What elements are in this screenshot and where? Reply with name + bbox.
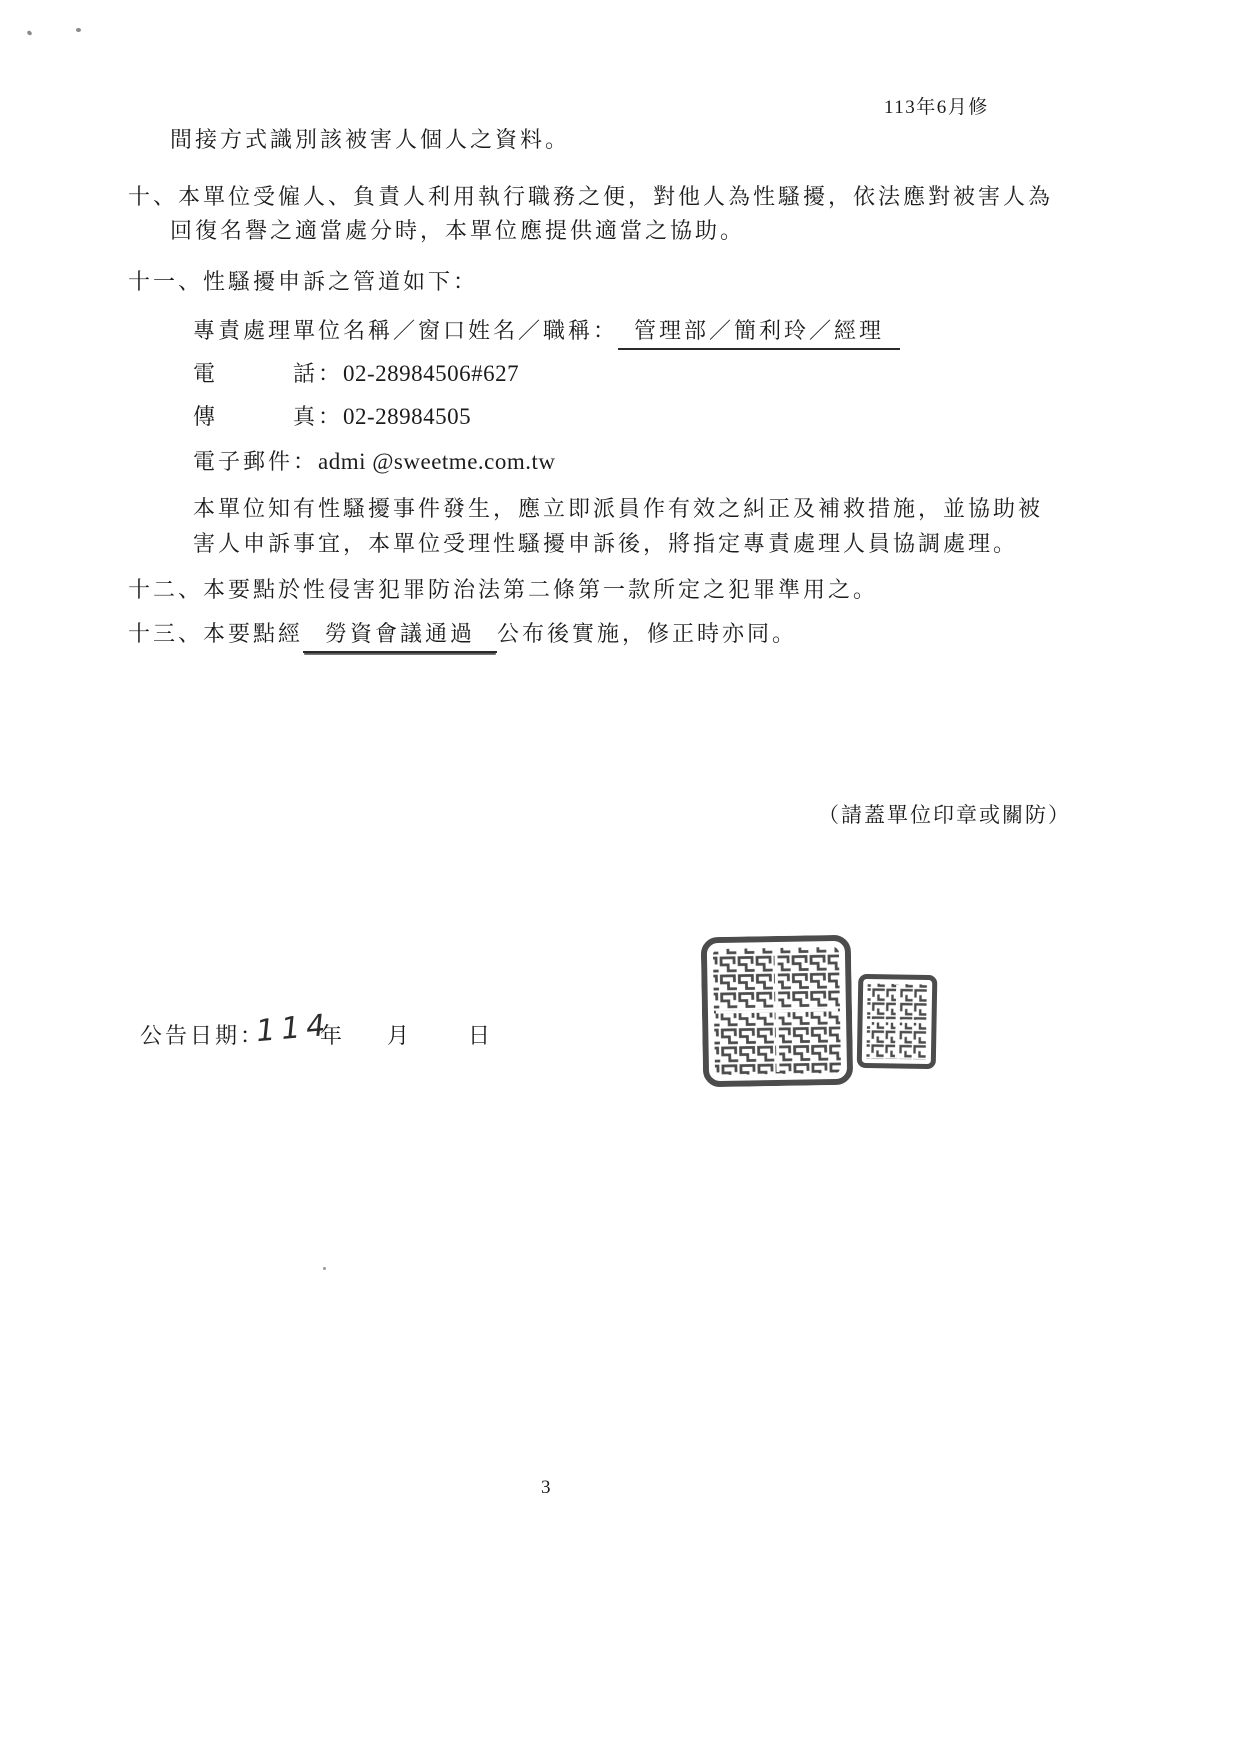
item-11-note-line-1: 本單位知有性騷擾事件發生，應立即派員作有效之糾正及補救措施，並協助被 xyxy=(193,492,1043,523)
phone-line: 電 話：02-28984506#627 xyxy=(193,357,519,388)
email-label: 電子郵件： xyxy=(193,449,318,474)
paragraph-continuation: 間接方式識別該被害人個人之資料。 xyxy=(170,123,570,154)
document-page: 113年6月修 間接方式識別該被害人個人之資料。 十、本單位受僱人、負責人利用執… xyxy=(0,0,1241,1755)
month-label: 月 xyxy=(387,1019,412,1050)
item-13-prefix: 十三、本要點經 xyxy=(128,621,303,646)
fax-line: 傳 真：02-28984505 xyxy=(193,400,471,431)
phone-label: 電 話： xyxy=(193,361,343,386)
email-value: admi @sweetme.com.tw xyxy=(318,449,555,474)
contact-line: 專責處理單位名稱／窗口姓名／職稱：管理部／簡利玲／經理 xyxy=(193,314,900,350)
fax-label: 傳 真： xyxy=(193,404,343,429)
seal-instruction: （請蓋單位印章或關防） xyxy=(818,799,1071,829)
scan-artifact xyxy=(26,30,32,36)
company-seal-stamp xyxy=(701,935,854,1093)
item-12: 十二、本要點於性侵害犯罪防治法第二條第一款所定之犯罪準用之。 xyxy=(128,573,878,604)
contact-value-underlined: 管理部／簡利玲／經理 xyxy=(618,314,900,350)
scan-artifact xyxy=(76,28,81,32)
scan-artifact xyxy=(323,1267,326,1270)
fax-value: 02-28984505 xyxy=(343,404,471,429)
contact-label: 專責處理單位名稱／窗口姓名／職稱： xyxy=(193,318,618,343)
day-label: 日 xyxy=(468,1019,493,1050)
item-13-underlined: 勞資會議通過 xyxy=(303,617,497,653)
item-13: 十三、本要點經勞資會議通過公布後實施，修正時亦同。 xyxy=(128,617,797,653)
personal-seal-stamp xyxy=(856,973,938,1074)
announce-date-line: 公告日期： 114 年 月 日 xyxy=(140,1015,560,1061)
item-11-heading: 十一、性騷擾申訴之管道如下： xyxy=(128,265,478,296)
item-10-line-2: 回復名譽之適當處分時，本單位應提供適當之協助。 xyxy=(170,214,745,245)
revision-note: 113年6月修 xyxy=(884,92,989,119)
year-label: 年 xyxy=(320,1019,345,1050)
personal-seal-icon xyxy=(856,973,938,1069)
email-line: 電子郵件：admi @sweetme.com.tw xyxy=(193,445,556,476)
company-seal-icon xyxy=(701,935,854,1088)
announce-date-label: 公告日期： xyxy=(140,1019,265,1050)
page-number: 3 xyxy=(541,1477,551,1499)
item-11-note-line-2: 害人申訴事宜，本單位受理性騷擾申訴後，將指定專責處理人員協調處理。 xyxy=(193,527,1018,558)
item-13-suffix: 公布後實施，修正時亦同。 xyxy=(497,621,797,646)
phone-value: 02-28984506#627 xyxy=(343,361,519,386)
item-10-line-1: 十、本單位受僱人、負責人利用執行職務之便，對他人為性騷擾，依法應對被害人為 xyxy=(128,180,1053,211)
